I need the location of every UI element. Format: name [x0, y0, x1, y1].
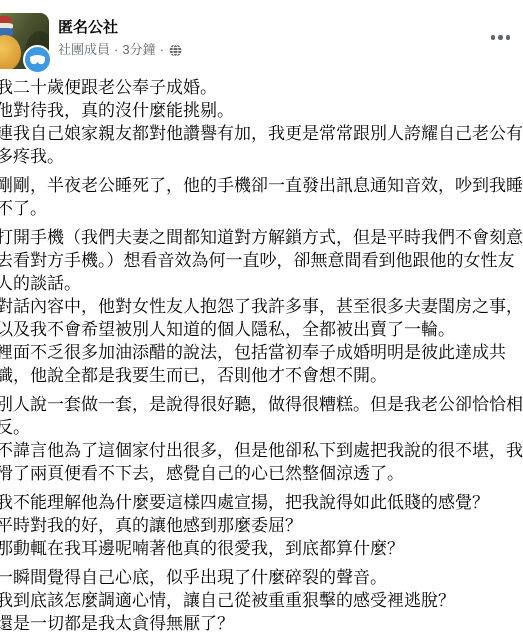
post-header-text: 匿名公社 社團成員 · 3分鐘 · — [58, 13, 182, 58]
post-card: 匿名公社 社團成員 · 3分鐘 · — [0, 0, 523, 635]
group-avatar[interactable] — [0, 13, 49, 69]
screenshot-viewport: 匿名公社 社團成員 · 3分鐘 · — [0, 0, 523, 642]
post-paragraph: 我不能理解他為什麼要這樣四處宣揚，把我說得如此低賤的感覺？ 平時對我的好，真的讓… — [0, 491, 523, 560]
post-paragraph: 打開手機（我們夫妻之間都知道對方解鎖方式，但是平時我們不會刻意去看對方手機。）想… — [0, 226, 523, 387]
post-meta: 社團成員 · 3分鐘 · — [58, 42, 182, 58]
timestamp-link[interactable]: 3分鐘 — [122, 42, 155, 58]
anonymous-badge — [23, 45, 52, 74]
post-paragraph: 剛剛，半夜老公睡死了，他的手機卻一直發出訊息通知音效，吵到我睡不了。 — [0, 174, 523, 220]
more-horizontal-icon — [491, 35, 496, 40]
post-header: 匿名公社 社團成員 · 3分鐘 · — [0, 0, 523, 74]
post-paragraph: 一瞬間覺得自己心底，似乎出現了什麼碎裂的聲音。 我到底該怎麼調適心情，讓自己從被… — [0, 566, 523, 635]
anonymous-mask-icon — [29, 54, 46, 65]
meta-separator: · — [160, 42, 164, 58]
more-options-button[interactable] — [489, 29, 513, 46]
membership-label: 社團成員 — [58, 42, 110, 58]
avatar-art-yellow-shape — [0, 35, 21, 69]
post-paragraph: 別人說一套做一套，是說得很好聽，做得很糟糕。但是我老公卻恰恰相反。 不諱言他為了… — [0, 393, 523, 485]
post-body: 我二十歲便跟老公奉子成婚。 他對待我，真的沒什麼能挑剔。 連我自己娘家親友都對他… — [0, 74, 523, 635]
group-name-link[interactable]: 匿名公社 — [58, 18, 182, 38]
post-paragraph: 我二十歲便跟老公奉子成婚。 他對待我，真的沒什麼能挑剔。 連我自己娘家親友都對他… — [0, 76, 523, 168]
meta-separator: · — [114, 42, 118, 58]
more-horizontal-icon — [498, 35, 503, 40]
globe-icon — [169, 44, 182, 57]
more-horizontal-icon — [506, 35, 511, 40]
